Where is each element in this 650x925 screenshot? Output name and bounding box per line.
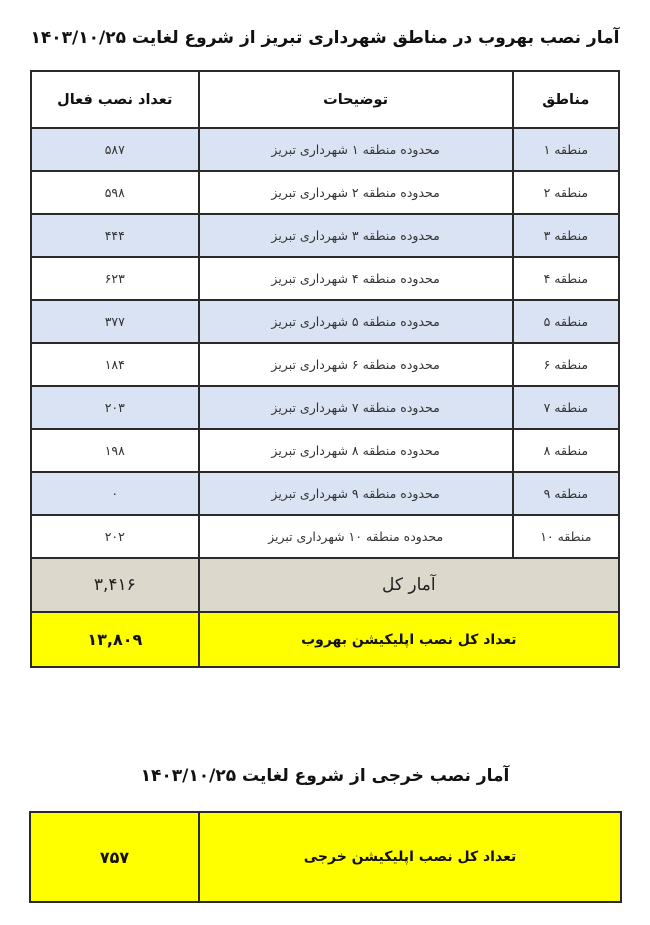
header-description: توضیحات	[199, 71, 513, 128]
table-row: منطقه ۱۰ محدوده منطقه ۱۰ شهرداری تبریز ۲…	[31, 515, 619, 558]
region-cell: منطقه ۳	[513, 214, 619, 257]
region-cell: منطقه ۵	[513, 300, 619, 343]
count-cell: ۶۲۳	[31, 257, 199, 300]
region-cell: منطقه ۴	[513, 257, 619, 300]
table-row: منطقه ۳ محدوده منطقه ۳ شهرداری تبریز ۴۴۴	[31, 214, 619, 257]
count-cell: ۳۷۷	[31, 300, 199, 343]
header-active-installs: تعداد نصب فعال	[31, 71, 199, 128]
header-region: مناطق	[513, 71, 619, 128]
foreign-total-label: تعداد کل نصب اپلیکیشن خرجی	[199, 812, 621, 902]
region-cell: منطقه ۱	[513, 128, 619, 171]
grand-total-row: تعداد کل نصب اپلیکیشن بهروب ۱۳,۸۰۹	[31, 612, 619, 667]
table-row: منطقه ۱ محدوده منطقه ۱ شهرداری تبریز ۵۸۷	[31, 128, 619, 171]
count-cell: ۲۰۲	[31, 515, 199, 558]
foreign-title: آمار نصب خرجی از شروع لغایت ۱۴۰۳/۱۰/۲۵	[0, 766, 650, 786]
table-row: منطقه ۹ محدوده منطقه ۹ شهرداری تبریز ۰	[31, 472, 619, 515]
count-cell: ۴۴۴	[31, 214, 199, 257]
description-cell: محدوده منطقه ۳ شهرداری تبریز	[199, 214, 513, 257]
region-cell: منطقه ۷	[513, 386, 619, 429]
description-cell: محدوده منطقه ۱ شهرداری تبریز	[199, 128, 513, 171]
region-cell: منطقه ۲	[513, 171, 619, 214]
table-row: منطقه ۸ محدوده منطقه ۸ شهرداری تبریز ۱۹۸	[31, 429, 619, 472]
region-cell: منطقه ۸	[513, 429, 619, 472]
summary-row: آمار کل ۳,۴۱۶	[31, 558, 619, 612]
grand-total-value: ۱۳,۸۰۹	[31, 612, 199, 667]
region-cell: منطقه ۹	[513, 472, 619, 515]
region-cell: منطقه ۶	[513, 343, 619, 386]
description-cell: محدوده منطقه ۲ شهرداری تبریز	[199, 171, 513, 214]
description-cell: محدوده منطقه ۴ شهرداری تبریز	[199, 257, 513, 300]
count-cell: ۱۸۴	[31, 343, 199, 386]
description-cell: محدوده منطقه ۸ شهرداری تبریز	[199, 429, 513, 472]
foreign-installs-table: تعداد کل نصب اپلیکیشن خرجی ۷۵۷	[29, 811, 622, 903]
count-cell: ۱۹۸	[31, 429, 199, 472]
region-installs-table: مناطق توضیحات تعداد نصب فعال منطقه ۱ محد…	[30, 70, 620, 668]
foreign-total-value: ۷۵۷	[30, 812, 199, 902]
table-row: منطقه ۷ محدوده منطقه ۷ شهرداری تبریز ۲۰۳	[31, 386, 619, 429]
grand-total-label: تعداد کل نصب اپلیکیشن بهروب	[199, 612, 619, 667]
description-cell: محدوده منطقه ۱۰ شهرداری تبریز	[199, 515, 513, 558]
table-row: منطقه ۲ محدوده منطقه ۲ شهرداری تبریز ۵۹۸	[31, 171, 619, 214]
description-cell: محدوده منطقه ۷ شهرداری تبریز	[199, 386, 513, 429]
main-title: آمار نصب بهروب در مناطق شهرداری تبریز از…	[0, 28, 650, 48]
summary-value: ۳,۴۱۶	[31, 558, 199, 612]
description-cell: محدوده منطقه ۶ شهرداری تبریز	[199, 343, 513, 386]
count-cell: ۵۸۷	[31, 128, 199, 171]
count-cell: ۵۹۸	[31, 171, 199, 214]
region-cell: منطقه ۱۰	[513, 515, 619, 558]
description-cell: محدوده منطقه ۵ شهرداری تبریز	[199, 300, 513, 343]
description-cell: محدوده منطقه ۹ شهرداری تبریز	[199, 472, 513, 515]
summary-label: آمار کل	[199, 558, 619, 612]
count-cell: ۰	[31, 472, 199, 515]
foreign-total-row: تعداد کل نصب اپلیکیشن خرجی ۷۵۷	[30, 812, 621, 902]
table-row: منطقه ۴ محدوده منطقه ۴ شهرداری تبریز ۶۲۳	[31, 257, 619, 300]
table-row: منطقه ۶ محدوده منطقه ۶ شهرداری تبریز ۱۸۴	[31, 343, 619, 386]
table-header-row: مناطق توضیحات تعداد نصب فعال	[31, 71, 619, 128]
count-cell: ۲۰۳	[31, 386, 199, 429]
table-row: منطقه ۵ محدوده منطقه ۵ شهرداری تبریز ۳۷۷	[31, 300, 619, 343]
